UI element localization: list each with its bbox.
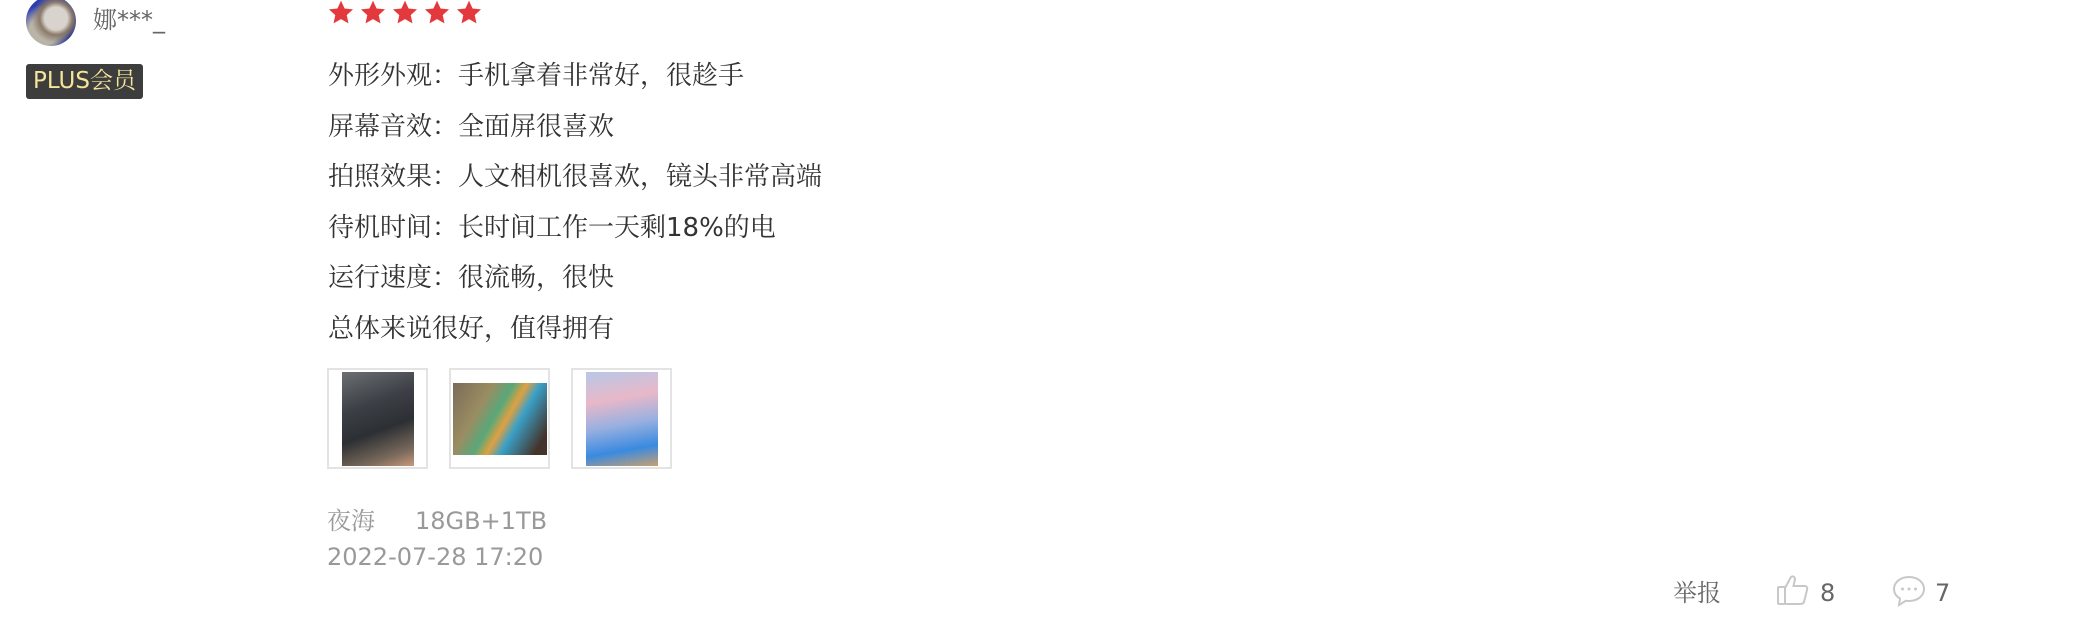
report-link[interactable]: 举报	[1673, 577, 1721, 609]
phone-screen-photo	[453, 383, 547, 455]
star-icon	[455, 0, 483, 27]
phone-back-photo	[342, 372, 414, 466]
review-line-summary: 总体来说很好，值得拥有	[328, 304, 822, 355]
product-spec: 18GB+1TB	[415, 507, 547, 535]
star-icon	[359, 0, 387, 27]
comment-bubble-icon[interactable]	[1891, 574, 1927, 608]
review-image-thumbnail[interactable]	[449, 368, 550, 469]
star-icon	[423, 0, 451, 27]
thumbs-up-icon[interactable]	[1776, 573, 1810, 607]
review-images	[327, 368, 672, 469]
star-icon	[327, 0, 355, 27]
review-text: 外形外观：手机拿着非常好，很趁手 屏幕音效：全面屏很喜欢 拍照效果：人文相机很喜…	[328, 51, 822, 355]
plus-member-badge: PLUS会员	[26, 64, 143, 99]
review-line-screen: 屏幕音效：全面屏很喜欢	[328, 102, 822, 153]
review-timestamp: 2022-07-28 17:20	[327, 541, 543, 573]
review-image-thumbnail[interactable]	[327, 368, 428, 469]
comment-count: 7	[1935, 577, 1950, 609]
star-rating	[327, 0, 483, 27]
star-icon	[391, 0, 419, 27]
review-line-speed: 运行速度：很流畅，很快	[328, 253, 822, 304]
review-line-camera: 拍照效果：人文相机很喜欢，镜头非常高端	[328, 152, 822, 203]
product-variant: 夜海18GB+1TB	[327, 505, 547, 537]
product-color: 夜海	[327, 507, 375, 535]
username: 娜***_	[93, 4, 165, 36]
avatar[interactable]	[26, 0, 76, 46]
review-line-battery: 待机时间：长时间工作一天剩18%的电	[328, 203, 822, 254]
review-image-thumbnail[interactable]	[571, 368, 672, 469]
phone-homescreen-photo	[586, 372, 658, 466]
review-line-appearance: 外形外观：手机拿着非常好，很趁手	[328, 51, 822, 102]
like-count: 8	[1820, 577, 1835, 609]
